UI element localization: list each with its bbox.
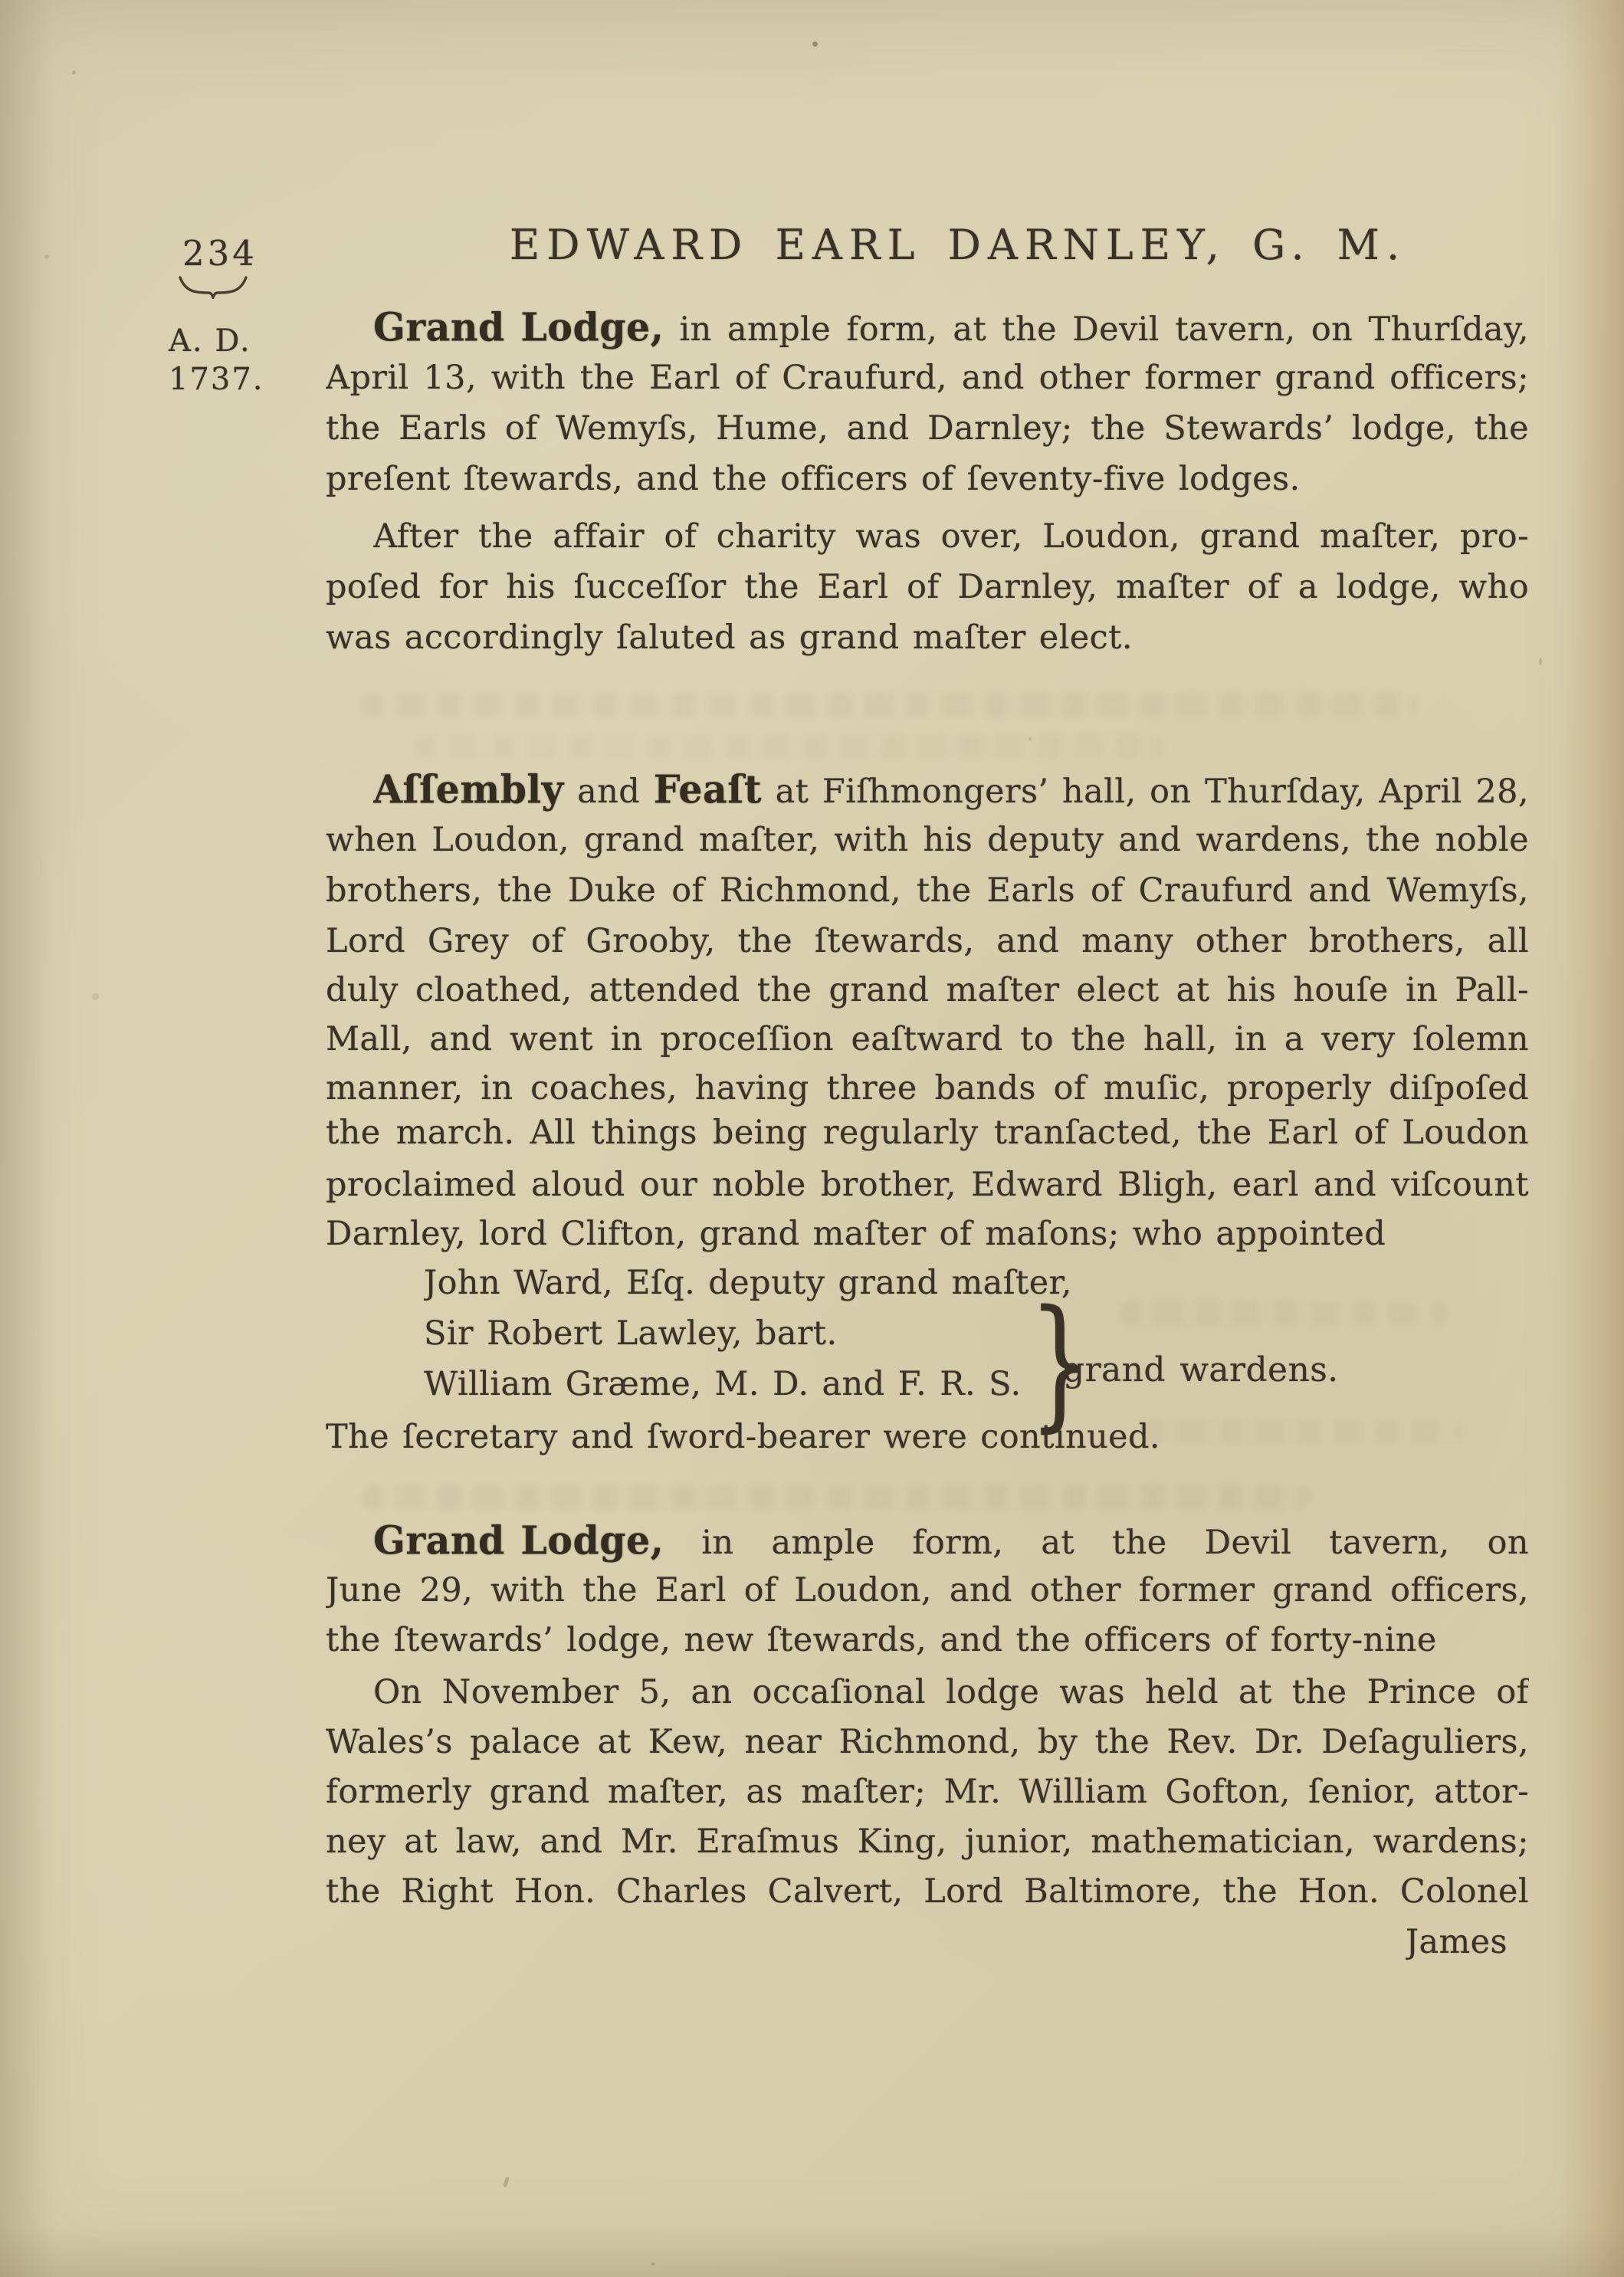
page-number-brace-icon [176, 273, 250, 302]
blackletter-lead: Grand Lodge, [373, 306, 664, 350]
text-span: and [564, 773, 654, 811]
text-line: poſed for his ſucceſſor the Earl of Darn… [326, 566, 1529, 612]
paper-speck [1539, 658, 1542, 665]
paper-speck [72, 71, 76, 74]
wardens-brace-label: grand wardens. [1063, 1350, 1339, 1389]
blackletter-lead: Aſſembly [373, 768, 564, 812]
text-line: the Right Hon. Charles Calvert, Lord Bal… [326, 1870, 1529, 1916]
text-line: brothers, the Duke of Richmond, the Earl… [326, 869, 1529, 915]
text-line: Grand Lodge, in ample form, at the Devil… [373, 306, 1529, 352]
text-span: at Fiſhmongers’ hall, on Thurſday, April… [762, 773, 1529, 811]
text-line: Lord Grey of Grooby, the ſtewards, and m… [326, 920, 1529, 966]
text-line: the march. All things being regularly tr… [326, 1111, 1529, 1157]
text-line: ney at law, and Mr. Eraſmus King, junior… [326, 1820, 1529, 1866]
catchword: James [1406, 1921, 1508, 1967]
list-item: William Græme, M. D. and F. R. S. [424, 1363, 1022, 1409]
text-span: in ample form, at the Devil tavern, on T… [664, 310, 1529, 349]
text-line: manner, in coaches, having three bands o… [326, 1067, 1529, 1113]
paper-speck [44, 254, 49, 259]
page-number: 234 [182, 233, 256, 274]
text-line: was accordingly ſaluted as grand maſter … [326, 616, 1529, 662]
text-line: On November 5, an occaſional lodge was h… [373, 1671, 1529, 1717]
text-line: Darnley, lord Clifton, grand maſter of m… [326, 1212, 1529, 1258]
text-line: June 29, with the Earl of Loudon, and ot… [326, 1569, 1529, 1615]
text-line: when Loudon, grand maſter, with his depu… [326, 819, 1529, 865]
text-line: preſent ſtewards, and the officers of ſe… [326, 458, 1529, 504]
text-line: duly cloathed, attended the grand maſter… [326, 969, 1529, 1015]
text-line: The ſecretary and ſword-bearer were cont… [326, 1416, 1529, 1462]
text-line: Wales’s palace at Kew, near Richmond, by… [326, 1721, 1529, 1767]
text-line: Mall, and went in proceſſion eaſtward to… [326, 1018, 1529, 1064]
paper-speck [92, 993, 99, 1000]
margin-note-era: A. D. [169, 323, 284, 359]
list-item: Sir Robert Lawley, bart. [424, 1312, 838, 1358]
text-line: Grand Lodge, in ample form, at the Devil… [373, 1519, 1529, 1565]
text-line: April 13, with the Earl of Craufurd, and… [326, 356, 1529, 402]
text-column: Grand Lodge, in ample form, at the Devil… [326, 0, 1529, 2277]
text-line: After the affair of charity was over, Lo… [373, 515, 1529, 561]
list-item: John Ward, Eſq. deputy grand maſter, [424, 1262, 1072, 1307]
page-left-edge-shadow [0, 0, 54, 2277]
blackletter-lead: Feaſt [654, 768, 762, 812]
text-line: formerly grand maſter, as maſter; Mr. Wi… [326, 1770, 1529, 1816]
text-line: the Earls of Wemyſs, Hume, and Darnley; … [326, 407, 1529, 453]
book-page-scan: EDWARD EARL DARNLEY, G. M. 234 A. D. 173… [0, 0, 1624, 2277]
text-line: the ſtewards’ lodge, new ſtewards, and t… [326, 1619, 1529, 1665]
margin-note-year: 1737. [169, 362, 284, 397]
text-line: proclaimed aloud our noble brother, Edwa… [326, 1163, 1529, 1209]
text-line: Aſſembly and Feaſt at Fiſhmongers’ hall,… [373, 768, 1529, 814]
page-right-edge-shadow [1559, 0, 1624, 2277]
blackletter-lead: Grand Lodge, [373, 1519, 664, 1563]
